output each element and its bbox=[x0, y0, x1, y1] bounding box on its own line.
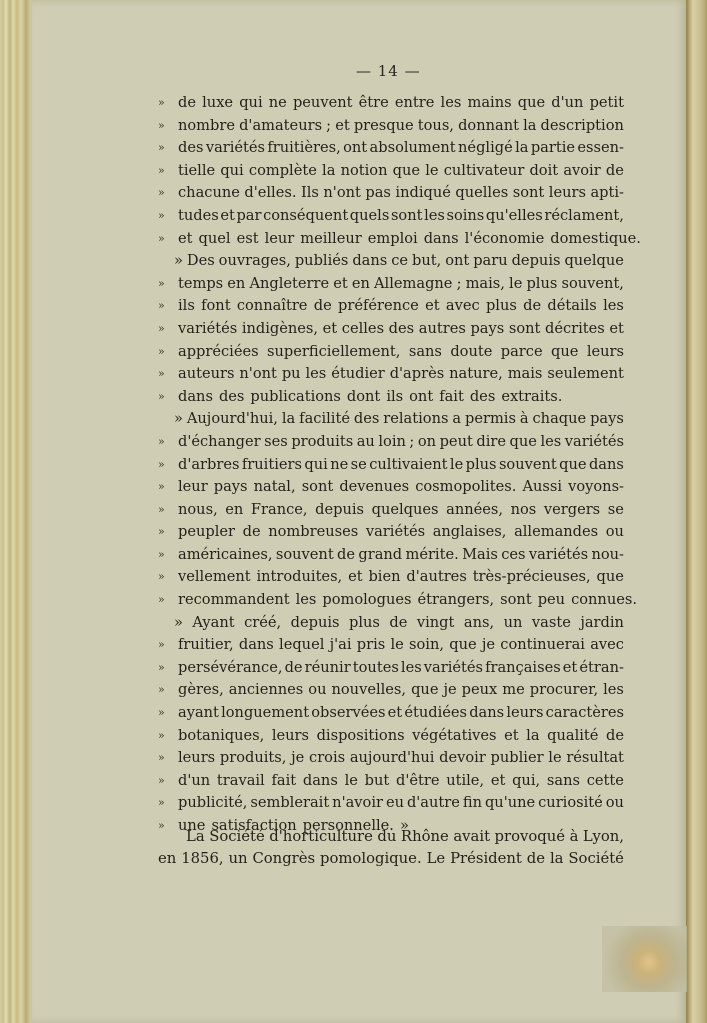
text-line: »ayantlonguementobservéesetétudiéesdansl… bbox=[158, 702, 624, 725]
quote-mark: » bbox=[158, 589, 172, 612]
text-line: »Ayantcréé,depuisplusdevingtans,unvastej… bbox=[158, 612, 624, 635]
quote-mark: » bbox=[158, 544, 172, 567]
quote-mark: » bbox=[158, 341, 172, 364]
text-line: »tudesetparconséquentquelssontlessoinsqu… bbox=[158, 205, 624, 228]
quote-mark: » bbox=[158, 182, 172, 205]
quote-mark: » bbox=[158, 792, 172, 815]
text-line: »vellementintroduites,etbiend'autrestrès… bbox=[158, 566, 624, 589]
text-line: »américaines,souventdegrandmérite.Maisce… bbox=[158, 544, 624, 567]
text-line: »variétésindigènes,etcellesdesautrespays… bbox=[158, 318, 624, 341]
quote-mark: » bbox=[158, 295, 172, 318]
text-line: en1856,unCongrèspomologique.LePrésidentd… bbox=[158, 848, 624, 870]
quote-mark: » bbox=[158, 318, 172, 341]
quote-mark: » bbox=[158, 137, 172, 160]
text-line: »dansdespublicationsdontilsontfaitdesext… bbox=[158, 386, 624, 409]
text-line: »auteursn'ontpulesétudierd'aprèsnature,m… bbox=[158, 363, 624, 386]
text-line: »leurpaysnatal,sontdevenuescosmopolites.… bbox=[158, 476, 624, 499]
text-line: »persévérance,deréunirtouteslesvariétésf… bbox=[158, 657, 624, 680]
quote-mark: » bbox=[158, 454, 172, 477]
text-line: »tempsenAngleterreetenAllemagne;mais,lep… bbox=[158, 273, 624, 296]
text-line: »d'untravailfaitdanslebutd'êtreutile,etq… bbox=[158, 770, 624, 793]
quote-mark: » bbox=[158, 725, 172, 748]
text-line: »nous,enFrance,depuisquelquesannées,nosv… bbox=[158, 499, 624, 522]
text-line: »desvariétésfruitières,ontabsolumentnégl… bbox=[158, 137, 624, 160]
text-line: »chacuned'elles.Ilsn'ontpasindiquéquelle… bbox=[158, 182, 624, 205]
quote-mark: » bbox=[158, 273, 172, 296]
quote-mark: » bbox=[158, 160, 172, 183]
text-line: »d'arbresfruitiersquinesecultivaientlepl… bbox=[158, 454, 624, 477]
quote-mark: » bbox=[158, 702, 172, 725]
quote-mark: » bbox=[158, 499, 172, 522]
quote-mark: » bbox=[158, 228, 172, 251]
text-line: »appréciéessuperficiellement,sansdoutepa… bbox=[158, 341, 624, 364]
text-line: »botaniques,leursdispositionsvégétatives… bbox=[158, 725, 624, 748]
text-line: »gères,anciennesounouvelles,quejepeuxmep… bbox=[158, 679, 624, 702]
text-line: »Desouvrages,publiésdanscebut,ontparudep… bbox=[158, 250, 624, 273]
text-line: »tiellequicomplètelanotionquelecultivate… bbox=[158, 160, 624, 183]
quote-mark: » bbox=[158, 815, 172, 838]
text-line: »nombred'amateurs;etpresquetous,donnantl… bbox=[158, 115, 624, 138]
quote-mark: » bbox=[158, 679, 172, 702]
quoted-passage: »deluxequinepeuventêtreentrelesmainsqued… bbox=[158, 92, 624, 838]
quote-mark: » bbox=[158, 476, 172, 499]
quote-mark: » bbox=[158, 115, 172, 138]
book-page-edges-left bbox=[0, 0, 32, 1023]
body-paragraph: LaSociétéd'horticultureduRhôneavaitprovo… bbox=[172, 826, 624, 870]
quote-mark: » bbox=[158, 770, 172, 793]
text-line: »ilsfontconnaîtredepréférenceetavecplusd… bbox=[158, 295, 624, 318]
quote-mark: » bbox=[158, 521, 172, 544]
text-line: »publicité,sembleraitn'avoireud'autrefin… bbox=[158, 792, 624, 815]
text-line: »peuplerdenombreusesvariétésanglaises,al… bbox=[158, 521, 624, 544]
text-line: »etquelestleurmeilleuremploidansl'économ… bbox=[158, 228, 624, 251]
text-line: »leursproduits,jecroisaujourd'huidevoirp… bbox=[158, 747, 624, 770]
quote-mark: » bbox=[158, 92, 172, 115]
text-line: LaSociétéd'horticultureduRhôneavaitprovo… bbox=[172, 826, 624, 848]
page-number: — 14 — bbox=[356, 62, 421, 80]
bleed-through-image bbox=[602, 926, 687, 992]
text-line: »recommandentlespomologuesétrangers,sont… bbox=[158, 589, 624, 612]
book-page-edges-right bbox=[686, 0, 707, 1023]
text-line: »deluxequinepeuventêtreentrelesmainsqued… bbox=[158, 92, 624, 115]
quote-mark: » bbox=[158, 363, 172, 386]
quote-mark: » bbox=[158, 386, 172, 409]
quote-mark: » bbox=[158, 634, 172, 657]
text-line: »fruitier,danslequelj'aiprislesoin,queje… bbox=[158, 634, 624, 657]
quote-mark: » bbox=[158, 657, 172, 680]
quote-mark: » bbox=[158, 205, 172, 228]
text-line: »Aujourd'hui,lafacilitédesrelationsaperm… bbox=[158, 408, 624, 431]
text-line: »d'échangersesproduitsauloin;onpeutdireq… bbox=[158, 431, 624, 454]
quote-mark: » bbox=[158, 566, 172, 589]
quote-mark: » bbox=[158, 431, 172, 454]
quote-mark: » bbox=[158, 747, 172, 770]
